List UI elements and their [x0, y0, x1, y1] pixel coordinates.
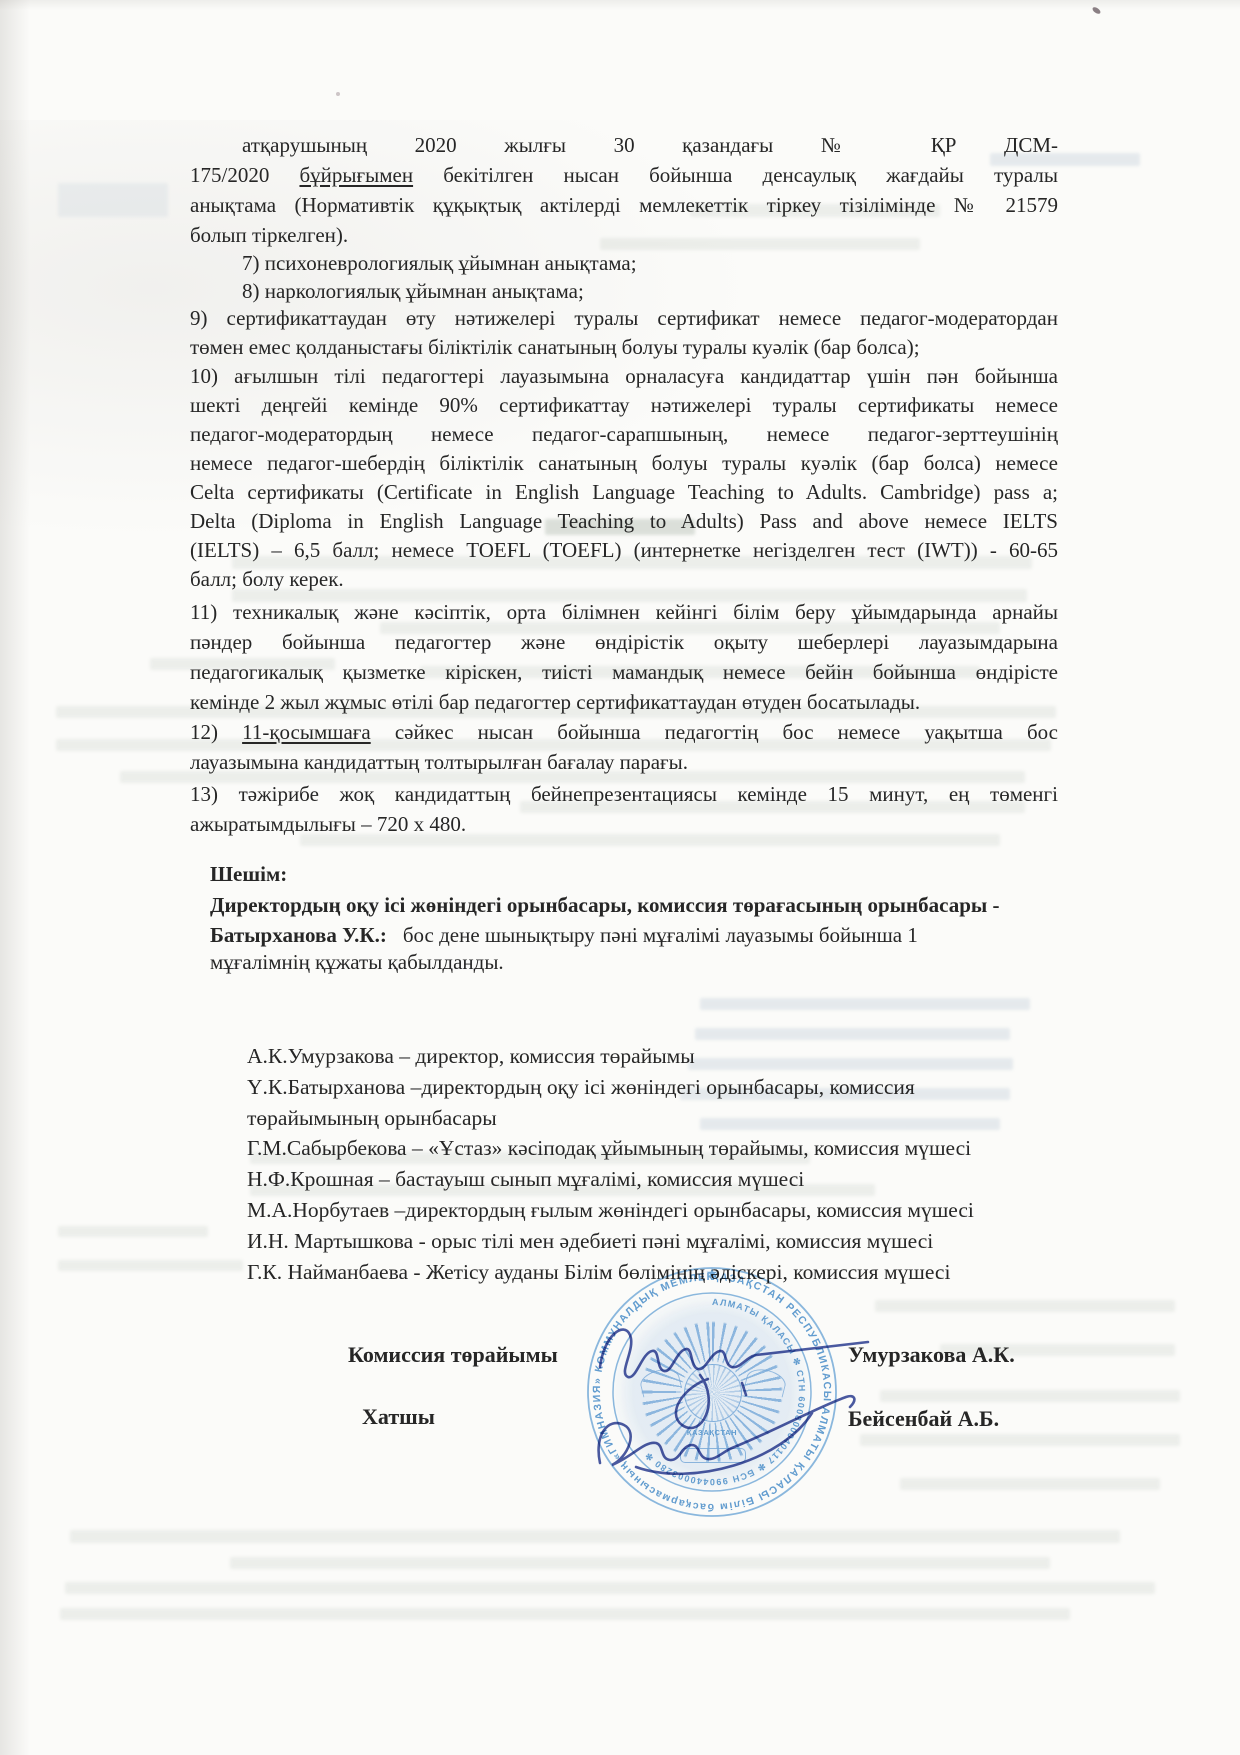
- body-line: 175/2020 бұйрығымен бекітілген нысан бой…: [190, 160, 1058, 190]
- committee-member: М.А.Норбутаев –директордың ғылым жөнінде…: [247, 1195, 974, 1226]
- body-text: 12): [190, 720, 242, 744]
- body-line: ажыратымдылығы – 720 x 480.: [190, 809, 1058, 839]
- signature-umurzakova-ink: [600, 1330, 868, 1428]
- scan-edge-shading: [0, 0, 1240, 10]
- decision-name: Батырханова У.К.:: [210, 923, 387, 947]
- decision-line: Батырханова У.К.:бос дене шынықтыру пәні…: [210, 923, 918, 948]
- list-item-8: 8) наркологиялық ұйымнан анықтама;: [190, 276, 1058, 306]
- committee-member: И.Н. Мартышкова - орыс тілі мен әдебиеті…: [247, 1226, 974, 1257]
- body-line: 11) техникалық және кәсіптік, орта білім…: [190, 597, 1058, 627]
- committee-member: төрайымының орынбасары: [247, 1103, 974, 1134]
- committee-member: Ү.К.Батырханова –директордың оқу ісі жөн…: [247, 1072, 974, 1103]
- body-line: немесе педагог-шебердің біліктілік санат…: [190, 449, 1058, 478]
- body-line: болып тіркелген).: [190, 220, 1058, 250]
- underlined-text: бұйрығымен: [299, 163, 413, 187]
- bleed-through-artifact: [230, 1557, 1050, 1569]
- body-line: педагог-модератордың немесе педагог-сара…: [190, 420, 1058, 449]
- committee-member: Г.М.Сабырбекова – «Ұстаз» кәсіподақ ұйым…: [247, 1133, 974, 1164]
- body-line: 9) сертификаттаудан өту нәтижелері турал…: [190, 304, 1058, 333]
- list-item-10: 10) ағылшын тілі педагогтері лауазымына …: [190, 362, 1058, 594]
- list-item-7: 7) психоневрологиялық ұйымнан анықтама;: [190, 248, 1058, 278]
- scan-speck: [336, 92, 340, 96]
- body-line: кемінде 2 жыл жұмыс өтілі бар педагогтер…: [190, 687, 1058, 717]
- bleed-through-artifact: [58, 1260, 243, 1271]
- bleed-through-artifact: [65, 1582, 1155, 1594]
- decision-heading: Шешім:: [210, 862, 287, 887]
- body-line: (IELTS) – 6,5 балл; немесе TOEFL (TOEFL)…: [190, 536, 1058, 565]
- body-line: Celta сертификаты (Certificate in Englis…: [190, 478, 1058, 507]
- body-text: сәйкес нысан бойынша педагогтің бос неме…: [395, 720, 1058, 744]
- body-line: атқарушының 2020 жылғы 30 қазандағы № ҚР…: [242, 130, 1058, 160]
- bleed-through-artifact: [695, 1028, 1010, 1040]
- body-text: бекітілген нысан бойынша денсаулық жағда…: [443, 163, 1058, 187]
- body-line: балл; болу керек.: [190, 565, 1058, 594]
- committee-member: А.К.Умурзакова – директор, комиссия төра…: [247, 1041, 974, 1072]
- bleed-through-artifact: [60, 1608, 1070, 1620]
- body-line: Delta (Diploma in English Language Teach…: [190, 507, 1058, 536]
- bleed-through-artifact: [58, 183, 168, 217]
- body-line: пәндер бойынша педагогтер және өндірісті…: [190, 627, 1058, 657]
- decision-line: Директордың оқу ісі жөніндегі орынбасары…: [210, 893, 1000, 918]
- body-line: педагогикалық қызметке кіріскен, тиісті …: [190, 657, 1058, 687]
- bleed-through-artifact: [58, 1226, 208, 1237]
- bleed-through-artifact: [700, 998, 1030, 1010]
- body-line: төмен емес қолданыстағы біліктілік санат…: [190, 333, 1058, 362]
- body-line: шекті деңгейі кемінде 90% сертификаттау …: [190, 391, 1058, 420]
- handwritten-signatures: [550, 1295, 910, 1505]
- decision-line: мұғалімнің құжаты қабылданды.: [210, 950, 504, 975]
- committee-member: Н.Ф.Крошная – бастауыш сынып мұғалімі, к…: [247, 1164, 974, 1195]
- intro-paragraph: атқарушының 2020 жылғы 30 қазандағы № ҚР…: [190, 130, 1058, 250]
- committee-list: А.К.Умурзакова – директор, комиссия төра…: [247, 1041, 974, 1287]
- body-line: 8) наркологиялық ұйымнан анықтама;: [242, 276, 1058, 306]
- bleed-through-artifact: [875, 1300, 1175, 1312]
- body-line: 7) психоневрологиялық ұйымнан анықтама;: [242, 248, 1058, 278]
- bleed-through-artifact: [900, 1478, 1160, 1490]
- list-item-11: 11) техникалық және кәсіптік, орта білім…: [190, 597, 1058, 717]
- signature-role-chair: Комиссия төрайымы: [348, 1342, 558, 1368]
- body-line: 12) 11-қосымшаға сәйкес нысан бойынша пе…: [190, 717, 1058, 747]
- list-item-9: 9) сертификаттаудан өту нәтижелері турал…: [190, 304, 1058, 362]
- list-item-13: 13) тәжірибе жоқ кандидаттың бейнепрезен…: [190, 779, 1058, 839]
- bleed-through-artifact: [880, 1390, 1180, 1402]
- body-line: 10) ағылшын тілі педагогтері лауазымына …: [190, 362, 1058, 391]
- signature-role-secretary: Хатшы: [362, 1404, 435, 1430]
- body-line: 13) тәжірибе жоқ кандидаттың бейнепрезен…: [190, 779, 1058, 809]
- body-line: лауазымына кандидаттың толтырылған бағал…: [190, 747, 1058, 777]
- bleed-through-artifact: [70, 1530, 1120, 1543]
- list-item-12: 12) 11-қосымшаға сәйкес нысан бойынша пе…: [190, 717, 1058, 777]
- document-page: атқарушының 2020 жылғы 30 қазандағы № ҚР…: [0, 0, 1240, 1755]
- decision-text: бос дене шынықтыру пәні мұғалімі лауазым…: [403, 923, 918, 947]
- underlined-text: 11-қосымшаға: [242, 720, 371, 744]
- body-line: анықтама (Нормативтік құқықтық актілерді…: [190, 190, 1058, 220]
- body-text: 175/2020: [190, 163, 299, 187]
- signature-beisenbai-ink: [599, 1396, 855, 1474]
- star-icon: ★: [578, 1266, 846, 1282]
